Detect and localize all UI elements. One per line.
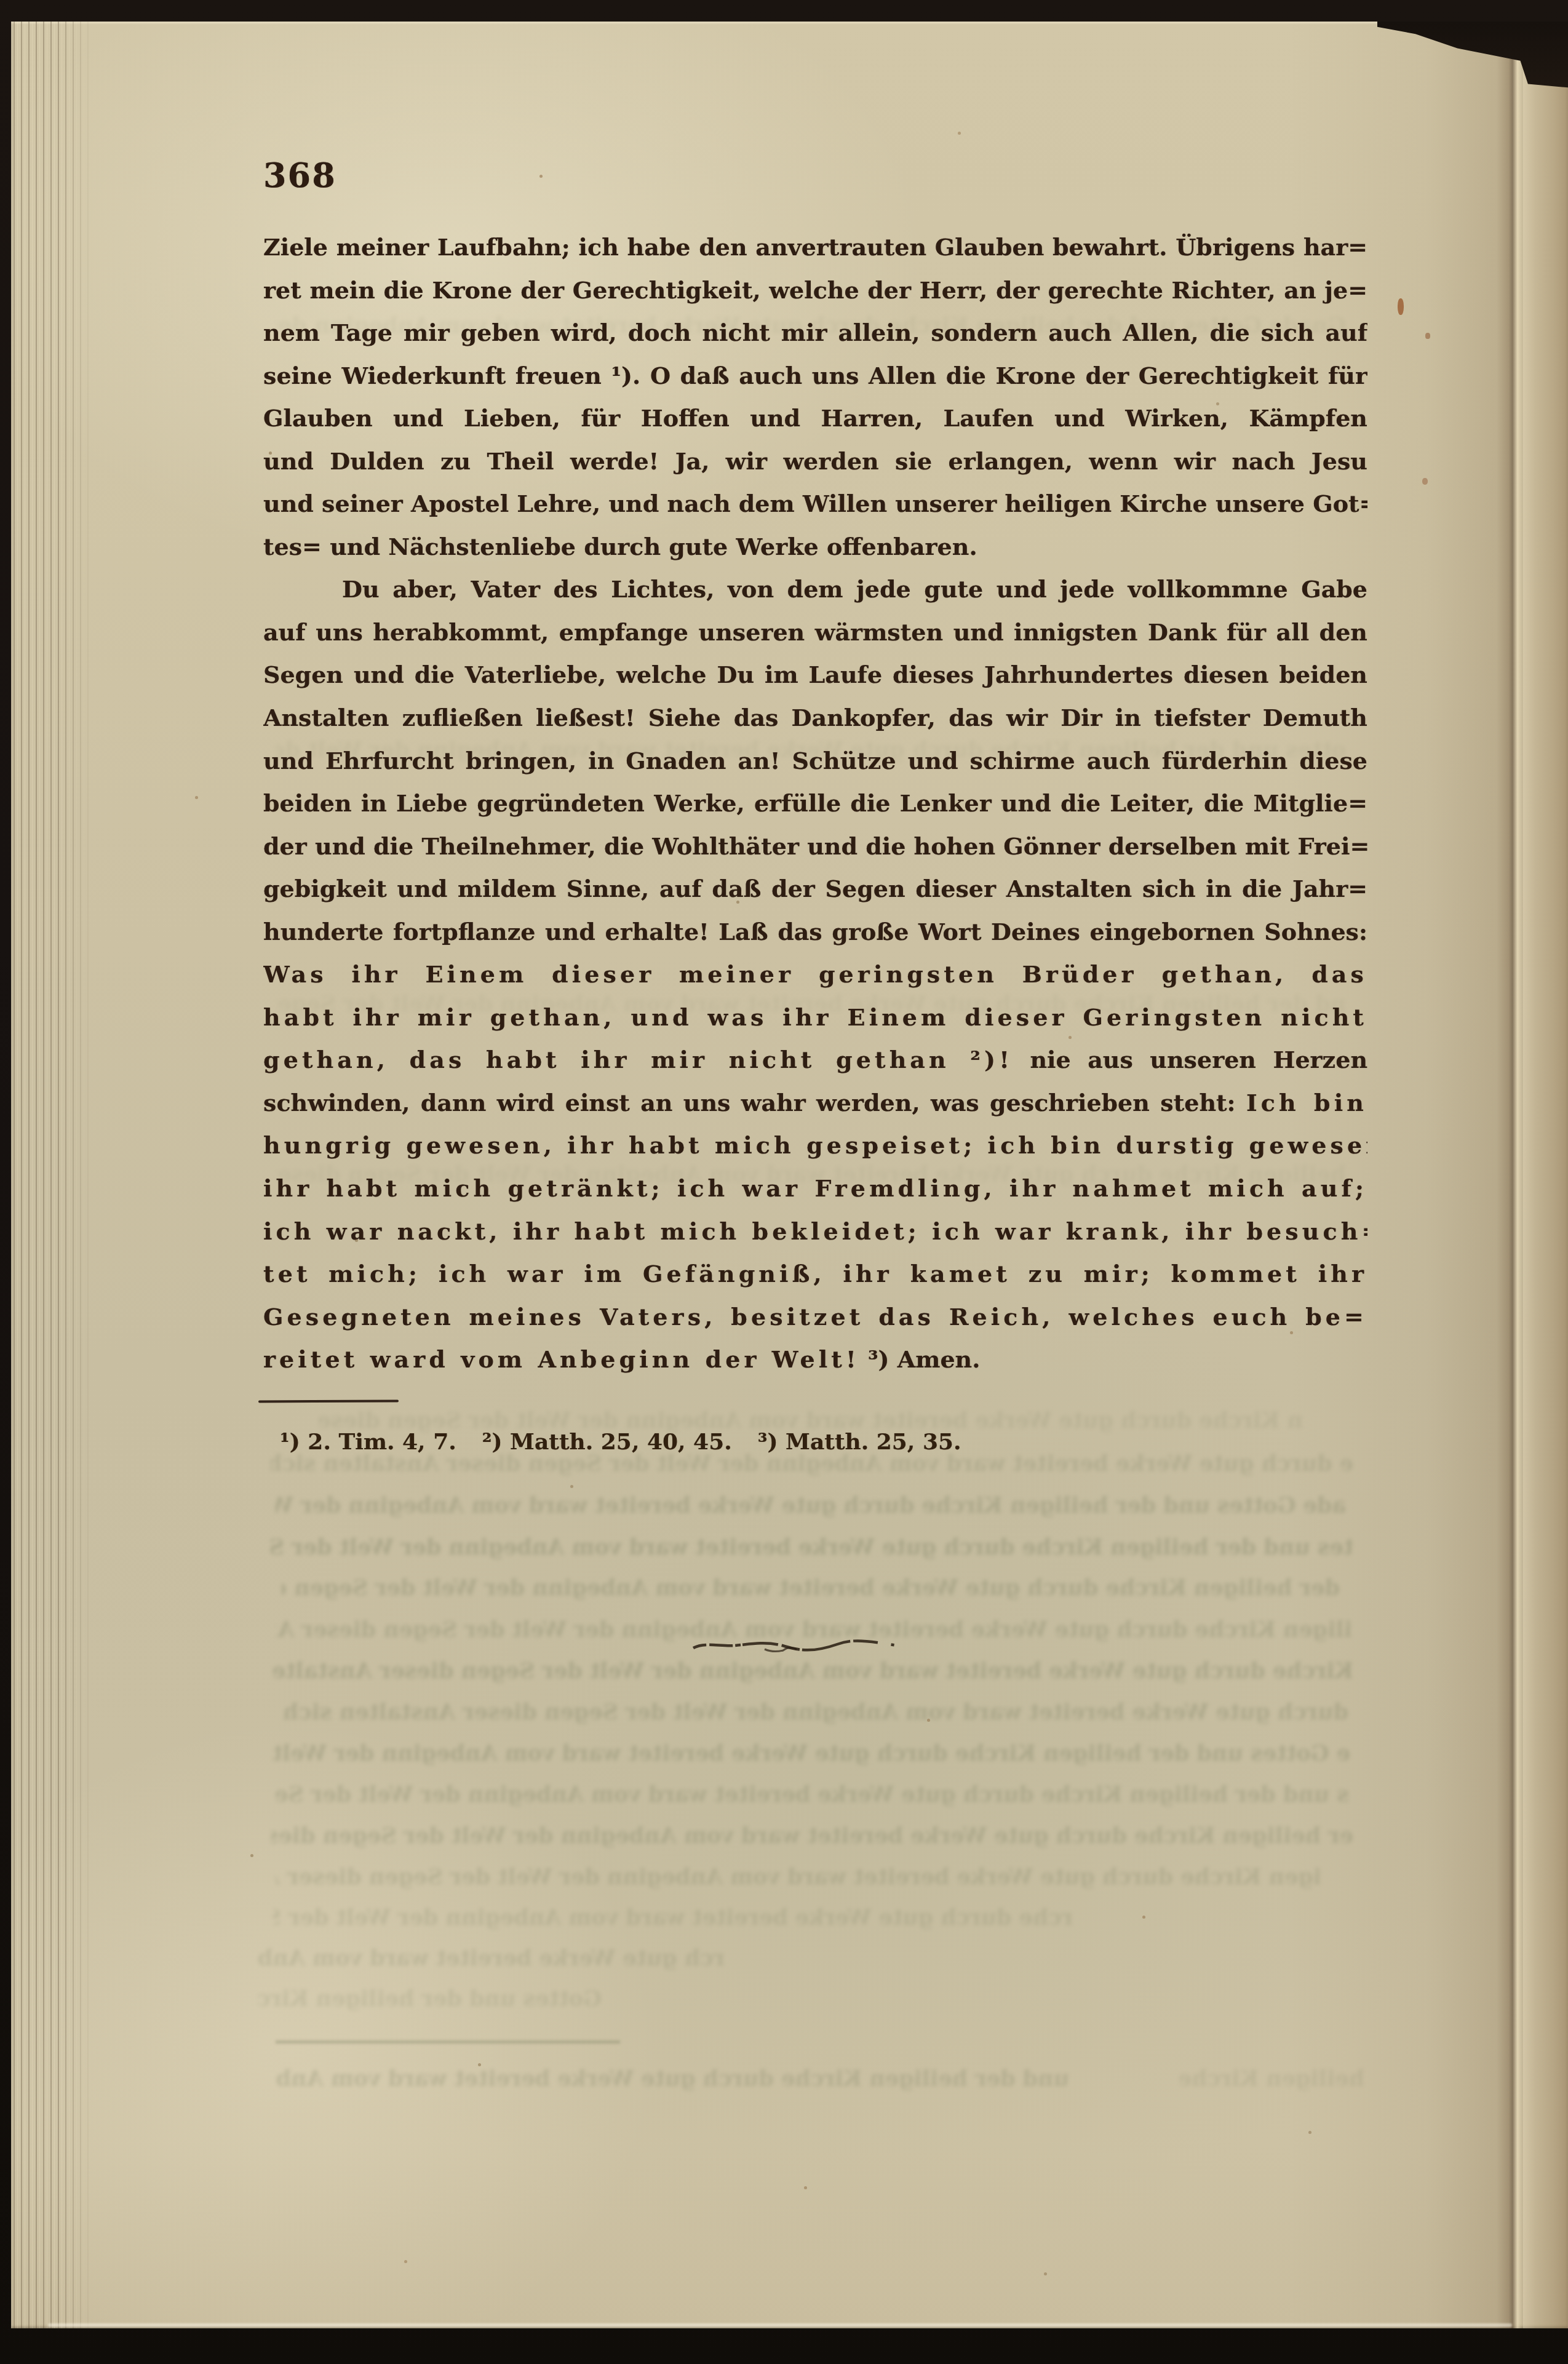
footnote-separator (258, 1400, 399, 1403)
ink-scribble-mark (691, 1636, 912, 1657)
footnote: ³) Matth. 25, 35. (758, 1429, 961, 1455)
text-line: tet mich; ich war im Gefängniß, ihr kame… (263, 1252, 1367, 1295)
text-line: schwinden, dann wird einst an uns wahr w… (263, 1081, 1367, 1124)
text-line: hungrig gewesen, ihr habt mich gespeiset… (263, 1124, 1367, 1167)
bleed-through-line: s und der heiligen Kirche durch gute Wer… (276, 1780, 1349, 1810)
text-line: der und die Theilnehmer, die Wohlthäter … (263, 825, 1367, 868)
page-bottom-edge-highlight (48, 2323, 1512, 2327)
rust-stain (1398, 298, 1404, 315)
bleed-through-line: igen Kirche durch gute Werke bereitet wa… (276, 1862, 1321, 1893)
bleed-through-line: durch gute Werke bereitet ward vom Anbeg… (278, 1697, 1348, 1728)
rust-speck (1422, 478, 1428, 485)
text-line: Du aber, Vater des Lichtes, von dem jede… (263, 568, 1367, 611)
text-line: gebigkeit und mildem Sinne, auf daß der … (263, 867, 1367, 910)
text-line: Was ihr Einem dieser meiner geringsten B… (263, 953, 1367, 996)
page-number: 368 (263, 156, 336, 195)
text-line: reitet ward vom Anbeginn der Welt! ³) Am… (263, 1338, 1367, 1381)
bleed-through-line: rch gute Werke bereitet ward vom Anbegin… (257, 1943, 725, 1974)
text-line: Gesegneten meines Vaters, besitzet das R… (263, 1295, 1367, 1339)
text-line: und Dulden zu Theil werde! Ja, wir werde… (263, 440, 1367, 483)
bleed-through-line: ade Gottes und der heiligen Kirche durch… (276, 1490, 1346, 1521)
main-text: Ziele meiner Laufbahn; ich habe den anve… (263, 226, 1367, 1381)
text-line: nem Tage mir geben wird, doch nicht mir … (263, 311, 1367, 354)
bleed-through-line: er heiligen Kirche durch gute Werke bere… (271, 1821, 1353, 1852)
gutter-fold (1426, 22, 1524, 2328)
gutter-page-curve (1523, 22, 1568, 2328)
text-line: habt ihr mir gethan, und was ihr Einem d… (263, 996, 1367, 1039)
bleed-through-line: heiligen Kirche durch gute Werke bereite… (1180, 2064, 1364, 2095)
book-scan: Gnade Gottes und der heiligen Kirche dur… (0, 0, 1568, 2364)
text-line: beiden in Liebe gegründeten Werke, erfül… (263, 782, 1367, 825)
bleed-through-line: und der heiligen Kirche durch gute Werke… (276, 2064, 1069, 2095)
ghost-footnote-rule (276, 2040, 620, 2044)
bleed-through-line: Gottes und der heiligen Kirche durch gut… (257, 1984, 602, 2015)
bleed-through-line: tes und der heiligen Kirche durch gute W… (271, 1532, 1353, 1563)
bleed-through-line: der heiligen Kirche durch gute Werke ber… (282, 1573, 1340, 1604)
text-line: Anstalten zufließen ließest! Siehe das D… (263, 696, 1367, 739)
text-line: Glauben und Lieben, für Hoffen und Harre… (263, 397, 1367, 440)
text-line: Ziele meiner Laufbahn; ich habe den anve… (263, 226, 1367, 269)
text-line: und Ehrfurcht bringen, in Gnaden an! Sch… (263, 739, 1367, 782)
text-line: und seiner Apostel Lehre, und nach dem W… (263, 482, 1367, 525)
text-line: ihr habt mich getränkt; ich war Fremdlin… (263, 1167, 1367, 1210)
bleed-through-line: Kirche durch gute Werke bereitet ward vo… (271, 1656, 1353, 1687)
page-edge-striations (14, 22, 94, 2328)
paper-fiber-specks (11, 22, 13, 23)
text-line: auf uns herabkommt, empfange unseren wär… (263, 611, 1367, 654)
text-line: gethan, das habt ihr mir nicht gethan ²)… (263, 1038, 1367, 1081)
footnote: ¹) 2. Tim. 4, 7. (280, 1429, 456, 1455)
text-line: hunderte fortpflanze und erhalte! Laß da… (263, 910, 1367, 953)
text-line: seine Wiederkunft freuen ¹). O daß auch … (263, 354, 1367, 397)
text-line: ich war nackt, ihr habt mich bekleidet; … (263, 1210, 1367, 1253)
bleed-through-line: rche durch gute Werke bereitet ward vom … (273, 1903, 1073, 1933)
bleed-through-line: e Gottes und der heiligen Kirche durch g… (271, 1738, 1350, 1769)
footnote-block: ¹) 2. Tim. 4, 7.²) Matth. 25, 40, 45.³) … (280, 1429, 1203, 1455)
footnote: ²) Matth. 25, 40, 45. (482, 1429, 732, 1455)
rust-speck (1425, 333, 1430, 339)
book-page: Gnade Gottes und der heiligen Kirche dur… (11, 22, 1568, 2328)
text-line: Segen und die Vaterliebe, welche Du im L… (263, 653, 1367, 696)
text-line: tes= und Nächstenliebe durch gute Werke … (263, 525, 1367, 568)
text-line: ret mein die Krone der Gerechtigkeit, we… (263, 269, 1367, 312)
